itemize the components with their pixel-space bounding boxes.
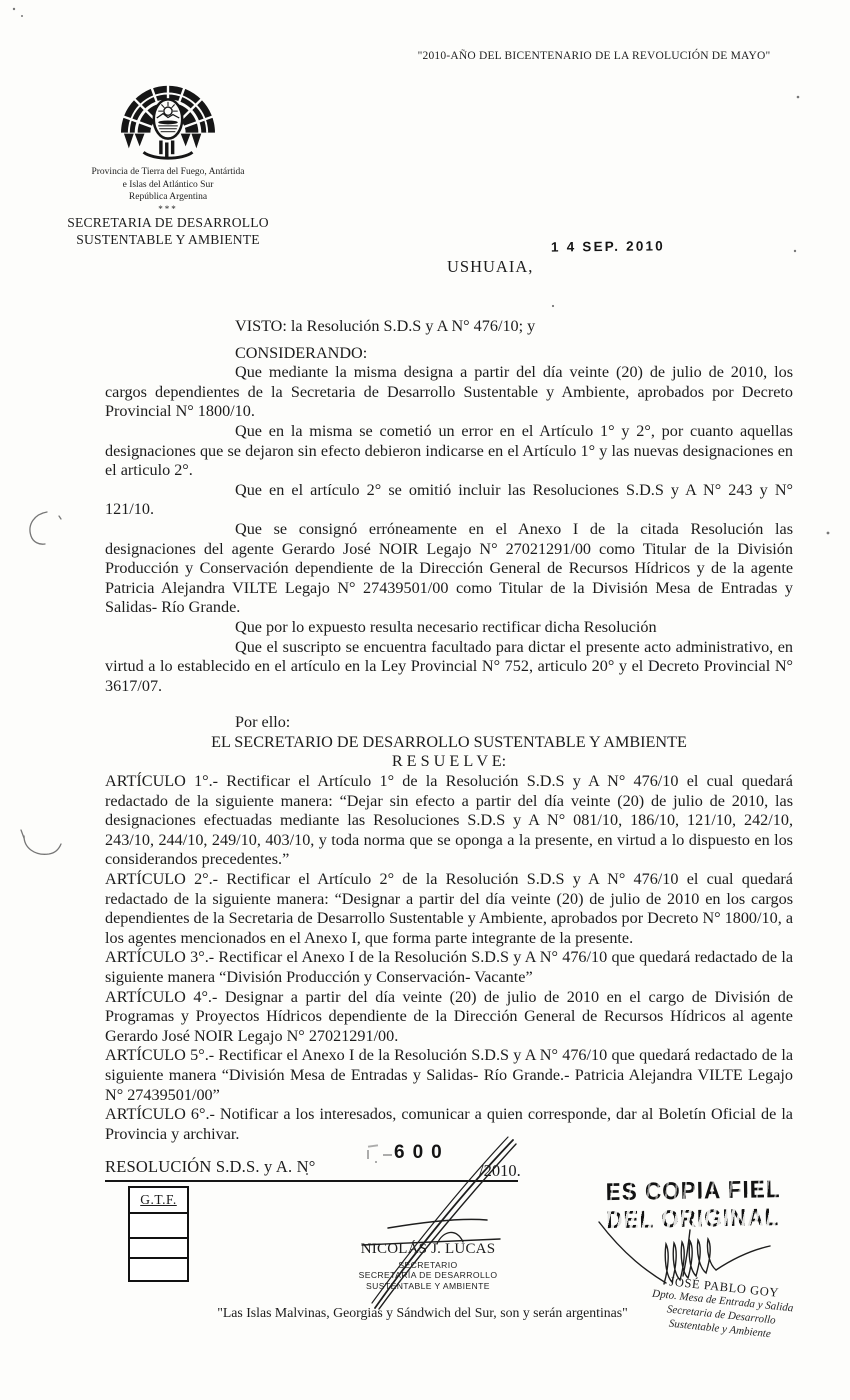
resolution-number-label: RESOLUCIÓN S.D.S. y A. N° (105, 1157, 316, 1176)
gtf-empty-row (130, 1239, 187, 1259)
article-paragraph: ARTÍCULO 2°.- Rectificar el Artículo 2° … (105, 870, 793, 948)
letterhead-separator: *** (58, 204, 278, 214)
considerando-paragraph: Que por lo expuesto resulta necesario re… (105, 618, 793, 638)
date-stamp: 1 4 SEP. 2010 (551, 238, 665, 254)
article-paragraph: ARTÍCULO 6°.- Notificar a los interesado… (105, 1105, 793, 1144)
province-name-line3: República Argentina (58, 191, 278, 204)
stamp-fragment (367, 1150, 369, 1159)
resuelve-word: R E S U E L V E: (105, 752, 793, 772)
article-paragraph: ARTÍCULO 1°.- Rectificar el Artículo 1° … (105, 772, 793, 870)
resolution-year: /2010. (479, 1161, 521, 1181)
por-ello-line: Por ello: (105, 713, 793, 733)
gtf-header-cell: G.T.F. (130, 1188, 187, 1214)
signature-block-lucas: NICOLÁS J. LUCAS SECRETARIO SECRETARÍA D… (352, 1241, 504, 1291)
secretariat-name-line1: SECRETARIA DE DESARROLLO (58, 215, 278, 232)
certified-copy-stamp: ES COPIA FIEL DEL ORIGINAL (606, 1176, 797, 1231)
resolution-number-line: RESOLUCIÓN S.D.S. y A. N° 600 /2010. (105, 1157, 518, 1182)
considerando-paragraph: Que el suscripto se encuentra facultado … (105, 638, 793, 697)
gtf-empty-row (130, 1214, 187, 1239)
header-year-quote: "2010-AÑO DEL BICENTENARIO DE LA REVOLUC… (388, 50, 800, 62)
considerando-label: CONSIDERANDO: (105, 344, 793, 364)
article-paragraph: ARTÍCULO 5°.- Rectificar el Anexo I de l… (105, 1046, 793, 1105)
copy-stamp-line2: DEL ORIGINAL (606, 1204, 796, 1233)
coat-of-arms-icon (114, 72, 222, 164)
signer-org-line1: SECRETARÍA DE DESARROLLO (352, 1270, 504, 1280)
considerando-paragraph: Que en el artículo 2° se omitió incluir … (105, 481, 793, 520)
gtf-label: G.T.F. (140, 1192, 177, 1208)
signer-org-line2: SUSTENTABLE Y AMBIENTE (352, 1281, 504, 1291)
signer-title: SECRETARIO (352, 1260, 504, 1270)
stamp-fragment (375, 1161, 377, 1163)
letterhead: Provincia de Tierra del Fuego, Antártida… (58, 72, 278, 249)
visto-line: VISTO: la Resolución S.D.S y A N° 476/10… (105, 317, 793, 337)
stamp-fragment (383, 1154, 392, 1156)
secretariat-name-line2: SUSTENTABLE Y AMBIENTE (58, 232, 278, 249)
city-line: USHUAIA, (447, 257, 533, 277)
province-name-line1: Provincia de Tierra del Fuego, Antártida (58, 166, 278, 179)
gtf-routing-box: G.T.F. (128, 1186, 189, 1282)
article-paragraph: ARTÍCULO 3°.- Rectificar el Anexo I de l… (105, 948, 793, 987)
copy-stamp-line1: ES COPIA FIEL (606, 1176, 796, 1205)
resolution-body: VISTO: la Resolución S.D.S y A N° 476/10… (105, 317, 793, 1144)
stamp-fragment (368, 1144, 378, 1147)
stamped-resolution-number: 600 (394, 1142, 450, 1164)
province-name-line2: e Islas del Atlántico Sur (58, 179, 278, 192)
considerando-paragraph: Que se consignó erróneamente en el Anexo… (105, 520, 793, 618)
resuelve-heading: EL SECRETARIO DE DESARROLLO SUSTENTABLE … (105, 733, 793, 753)
article-paragraph: ARTÍCULO 4°.- Designar a partir del día … (105, 988, 793, 1047)
document-page: "2010-AÑO DEL BICENTENARIO DE LA REVOLUC… (0, 0, 850, 1400)
gtf-empty-row (130, 1259, 187, 1280)
signer-name: NICOLÁS J. LUCAS (352, 1241, 504, 1258)
considerando-paragraph: Que en la misma se cometió un error en e… (105, 422, 793, 481)
considerando-paragraph: Que mediante la misma designa a partir d… (105, 363, 793, 422)
footer-motto: "Las Islas Malvinas, Georgias y Sándwich… (150, 1305, 695, 1321)
